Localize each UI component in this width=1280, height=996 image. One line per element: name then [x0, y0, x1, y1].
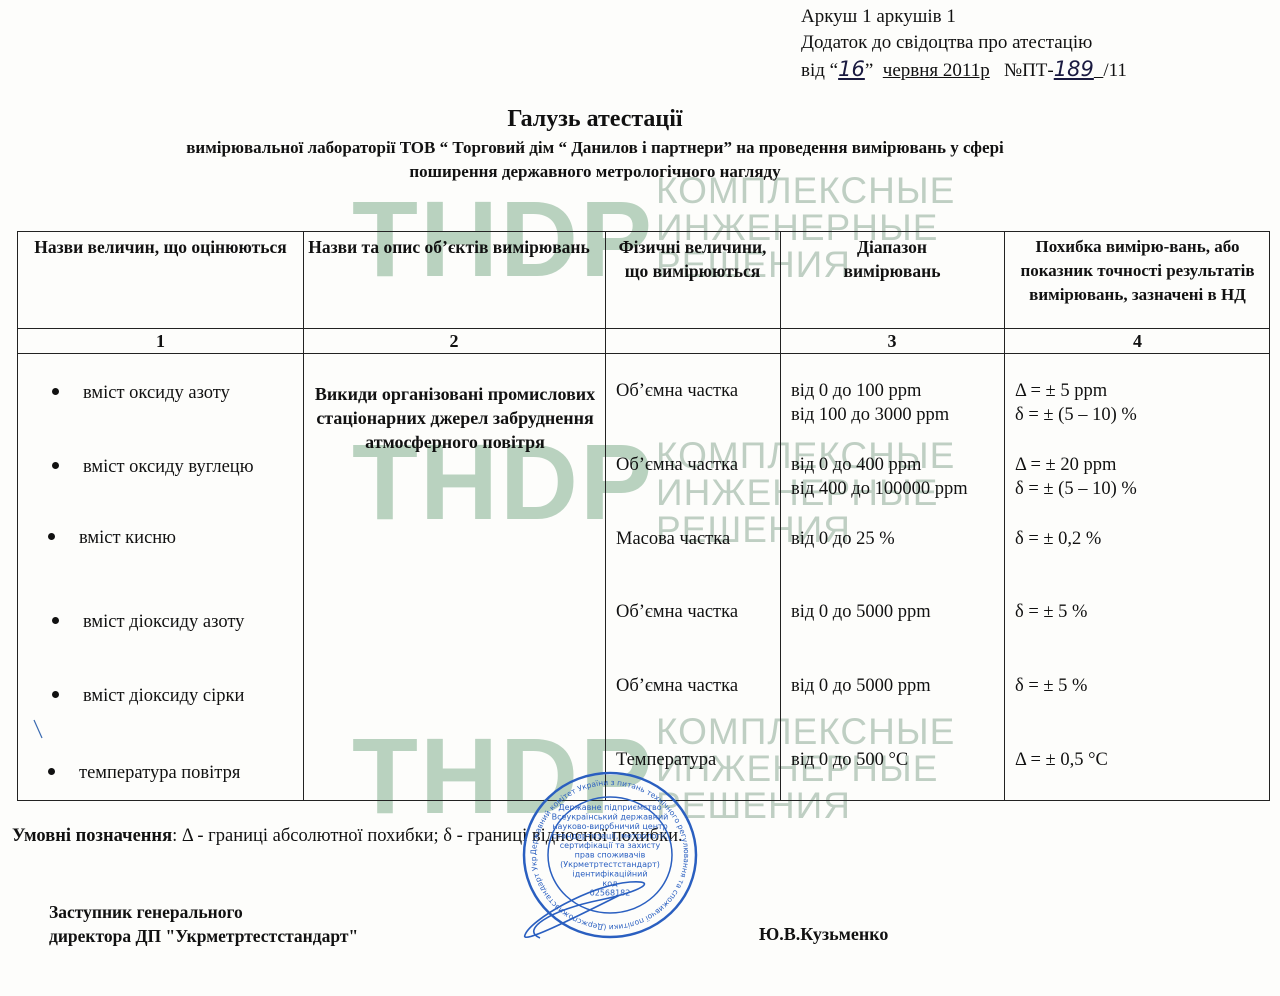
signer-position-line: директора ДП "Укрметртестстандарт" — [49, 924, 358, 948]
stamp-inner-line: сертифікації та захисту — [560, 841, 661, 850]
table-row-quantity: температура повітря — [48, 761, 240, 785]
physical-quantity: Об’ємна частка — [616, 379, 738, 403]
stamp-inner-line: Всеукраїнський державний — [552, 813, 669, 822]
measurement-error: Δ = ± 0,5 °С — [1015, 748, 1108, 772]
measurement-error: Δ = ± 20 ppmδ = ± (5 – 10) % — [1015, 453, 1137, 501]
signer-position: Заступник генерального директора ДП "Укр… — [49, 900, 358, 948]
date-number-line: від “16” червня 2011р №ПТ-189 /11 — [801, 56, 1127, 84]
physical-quantity: Об’ємна частка — [616, 674, 738, 698]
handwritten-day: 16 — [838, 57, 865, 81]
quantity-label: вміст оксиду вуглецю — [83, 457, 254, 477]
measurement-range: від 0 до 5000 ppm — [791, 600, 931, 624]
range-line: від 0 до 400 ppm — [791, 453, 968, 477]
measurement-range: від 0 до 400 ppmвід 400 до 100000 ppm — [791, 453, 968, 501]
range-line: від 0 до 100 ppm — [791, 379, 949, 403]
measurement-range: від 0 до 5000 ppm — [791, 674, 931, 698]
number-suffix: /11 — [1103, 60, 1127, 81]
number-prefix: №ПТ- — [1004, 60, 1054, 81]
column-divider — [780, 232, 781, 800]
column-number-1: 1 — [18, 329, 303, 354]
measurement-error: δ = ± 5 % — [1015, 600, 1087, 624]
subtitle-line: вимірювальної лабораторії ТОВ “ Торговий… — [0, 136, 1190, 160]
handwritten-number: 189 — [1054, 57, 1094, 81]
measurement-range: від 0 до 500 °С — [791, 748, 908, 772]
sheet-count: Аркуш 1 аркушів 1 — [801, 4, 1127, 30]
physical-quantity: Об’ємна частка — [616, 600, 738, 624]
measurement-range: від 0 до 100 ppmвід 100 до 3000 ppm — [791, 379, 949, 427]
physical-quantity: Об’ємна частка — [616, 453, 738, 477]
error-line: δ = ± (5 – 10) % — [1015, 477, 1137, 501]
bullet-icon — [48, 768, 55, 775]
header-physical: Фізичні величини, що вимірюються — [605, 232, 780, 283]
error-line: δ = ± 0,2 % — [1015, 527, 1101, 551]
column-number-4: 4 — [1004, 329, 1271, 354]
error-line: δ = ± (5 – 10) % — [1015, 403, 1137, 427]
stamp-inner-line: науково-виробничий центр — [552, 822, 667, 831]
appendix-line: Додаток до свідоцтва про атестацію — [801, 30, 1127, 56]
column-number-blank — [605, 329, 780, 354]
document-subtitle: вимірювальної лабораторії ТОВ “ Торговий… — [0, 136, 1190, 184]
signer-name: Ю.В.Кузьменко — [759, 924, 888, 945]
stamp-inner-line: стандартизації, метрології, — [552, 832, 667, 841]
document-reference: Аркуш 1 аркушів 1 Додаток до свідоцтва п… — [801, 4, 1127, 84]
accreditation-scope-table: Назви величин, що оцінюються Назви та оп… — [17, 231, 1270, 801]
bullet-icon — [48, 533, 55, 540]
date-prefix: від “ — [801, 60, 838, 81]
column-number-2: 2 — [303, 329, 605, 354]
error-line: Δ = ± 20 ppm — [1015, 453, 1137, 477]
subtitle-line: поширення державного метрологічного нагл… — [0, 160, 1190, 184]
bullet-icon — [52, 462, 59, 469]
legend-label: Умовні позначення — [12, 826, 172, 846]
table-row-quantity: вміст діоксиду сірки — [52, 684, 244, 708]
quantity-label: вміст кисню — [79, 528, 176, 548]
quantity-label: вміст діоксиду азоту — [83, 612, 244, 632]
table-row-quantity: вміст діоксиду азоту — [52, 610, 244, 634]
table-row-quantity: вміст оксиду азоту — [52, 381, 230, 405]
bullet-icon — [52, 691, 59, 698]
quantity-label: вміст діоксиду сірки — [83, 686, 244, 706]
column-divider — [605, 232, 606, 800]
stamp-inner-line: (Укрметртестстандарт) — [560, 860, 660, 869]
document-title: Галузь атестації — [0, 106, 1190, 133]
measurement-range: від 0 до 25 % — [791, 527, 895, 551]
error-line: Δ = ± 5 ppm — [1015, 379, 1137, 403]
stamp-inner-line: прав споживачів — [575, 851, 646, 860]
measurement-error: δ = ± 5 % — [1015, 674, 1087, 698]
table-row-quantity: вміст оксиду вуглецю — [52, 455, 254, 479]
error-line: Δ = ± 0,5 °С — [1015, 748, 1108, 772]
stamp-inner-line: Державне підприємство — [558, 803, 661, 812]
range-line: від 400 до 100000 ppm — [791, 477, 968, 501]
header-quantity: Назви величин, що оцінюються — [18, 232, 303, 259]
error-line: δ = ± 5 % — [1015, 674, 1087, 698]
column-divider — [303, 232, 304, 800]
header-objects: Назви та опис об’єктів вимірювань — [303, 232, 605, 259]
signer-position-line: Заступник генерального — [49, 900, 358, 924]
measurement-error: Δ = ± 5 ppmδ = ± (5 – 10) % — [1015, 379, 1137, 427]
error-line: δ = ± 5 % — [1015, 600, 1087, 624]
range-line: від 0 до 5000 ppm — [791, 600, 931, 624]
date-quote: ” — [865, 60, 873, 81]
range-line: від 0 до 500 °С — [791, 748, 908, 772]
header-error: Похибка вимірю-вань, або показник точнос… — [1004, 232, 1271, 307]
header-range: Діапазон вимірювань — [780, 232, 1004, 283]
bullet-icon — [52, 388, 59, 395]
range-line: від 0 до 5000 ppm — [791, 674, 931, 698]
physical-quantity: Масова частка — [616, 527, 730, 551]
date-month-year: червня 2011р — [883, 60, 990, 81]
range-line: від 0 до 25 % — [791, 527, 895, 551]
measurement-error: δ = ± 0,2 % — [1015, 527, 1101, 551]
column-divider — [1004, 232, 1005, 800]
quantity-label: вміст оксиду азоту — [83, 383, 230, 403]
stamp-inner-line: ідентифікаційний — [572, 870, 647, 879]
official-stamp-icon: Державний комітет України з питань техні… — [510, 770, 700, 945]
range-line: від 100 до 3000 ppm — [791, 403, 949, 427]
table-row-quantity: вміст кисню — [48, 526, 176, 550]
bullet-icon — [52, 617, 59, 624]
column-number-3: 3 — [780, 329, 1004, 354]
object-description: Викиди організовані промислових стаціона… — [304, 382, 606, 454]
physical-quantity: Температура — [616, 748, 716, 772]
quantity-label: температура повітря — [79, 763, 240, 783]
